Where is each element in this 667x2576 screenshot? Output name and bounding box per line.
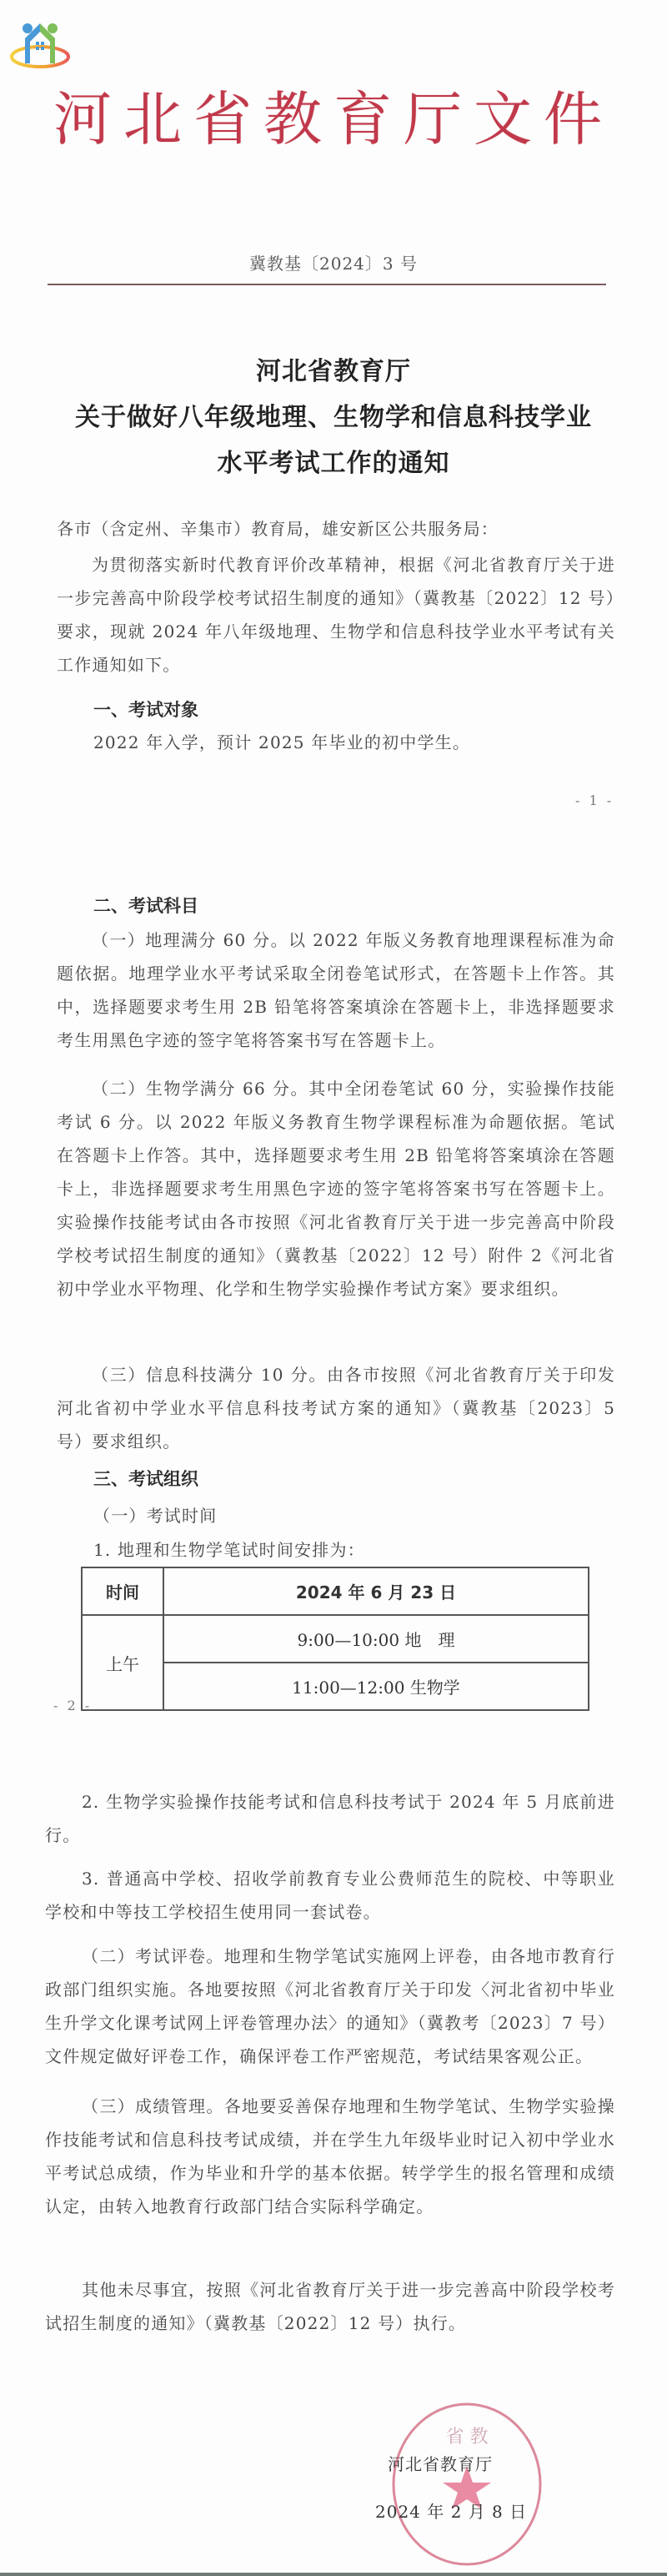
- section3-point1: 1. 地理和生物学笔试时间安排为：: [93, 1533, 610, 1567]
- page-number-2: - 2 -: [53, 1698, 92, 1713]
- bottom-edge: [0, 2573, 667, 2576]
- addressee: 各市（含定州、辛集市）教育局，雄安新区公共服务局：: [57, 512, 615, 546]
- intro-paragraph: 为贯彻落实新时代教育评价改革精神，根据《河北省教育厅关于进一步完善高中阶段学校考…: [57, 548, 615, 682]
- signature-org: 河北省教育厅: [388, 2451, 493, 2475]
- section2-item3-it: （三）信息科技满分 10 分。由各市按照《河北省教育厅关于印发河北省初中学业水平…: [57, 1358, 615, 1458]
- family-house-logo-icon: [7, 17, 73, 70]
- section2-item1-geography: （一）地理满分 60 分。以 2022 年版义务教育地理课程标准为命题依据。地理…: [57, 923, 615, 1057]
- section2-item2-biology: （二）生物学满分 66 分。其中全闭卷笔试 60 分，实验操作技能考试 6 分。…: [57, 1072, 615, 1306]
- document-number: 冀教基〔2024〕3 号: [0, 250, 667, 274]
- table-row-biology: 11:00—12:00 生物学: [163, 1663, 589, 1710]
- section3-sub1-exam-time: （一）考试时间: [93, 1499, 610, 1532]
- exam-schedule-table: 时间 2024 年 6 月 23 日 上午 9:00—10:00 地 理 11:…: [81, 1567, 589, 1711]
- table-header-time: 时间: [82, 1567, 163, 1615]
- svg-text:省 教: 省 教: [446, 2427, 489, 2448]
- table-header-date: 2024 年 6 月 23 日: [163, 1567, 589, 1615]
- section3-point2: 2. 生物学实验操作技能考试和信息科技考试于 2024 年 5 月底前进行。: [45, 1785, 615, 1852]
- table-row-geography: 9:00—10:00 地 理: [163, 1615, 589, 1663]
- section3-heading: 三、考试组织: [93, 1466, 198, 1491]
- table-period-morning: 上午: [82, 1615, 163, 1710]
- notice-title-line2: 关于做好八年级地理、生物学和信息科技学业: [0, 396, 667, 433]
- section3-sub3-score-management: （三）成绩管理。各地要妥善保存地理和生物学笔试、生物学实验操作技能考试和信息科技…: [45, 2090, 615, 2223]
- official-seal-icon: 省 教: [388, 2401, 546, 2568]
- closing-paragraph: 其他未尽事宜，按照《河北省教育厅关于进一步完善高中阶段学校考试招生制度的通知》（…: [45, 2273, 615, 2340]
- section2-heading: 二、考试科目: [93, 893, 198, 918]
- notice-title-issuer: 河北省教育厅: [0, 350, 667, 387]
- section3-sub2-grading: （二）考试评卷。地理和生物学笔试实施网上评卷，由各地市教育行政部门组织实施。各地…: [45, 1940, 615, 2073]
- page-number-1: - 1 -: [575, 792, 614, 808]
- signature-date: 2024 年 2 月 8 日: [375, 2498, 527, 2523]
- notice-title-line3: 水平考试工作的通知: [0, 442, 667, 479]
- section1-text: 2022 年入学，预计 2025 年毕业的初中学生。: [93, 726, 610, 759]
- document-header-title: 河北省教育厅文件: [0, 90, 667, 148]
- section3-point3: 3. 普通高中学校、招收学前教育专业公费师范生的院校、中等职业学校和中等技工学校…: [45, 1862, 615, 1929]
- header-divider: [48, 284, 606, 285]
- section1-heading: 一、考试对象: [93, 697, 198, 722]
